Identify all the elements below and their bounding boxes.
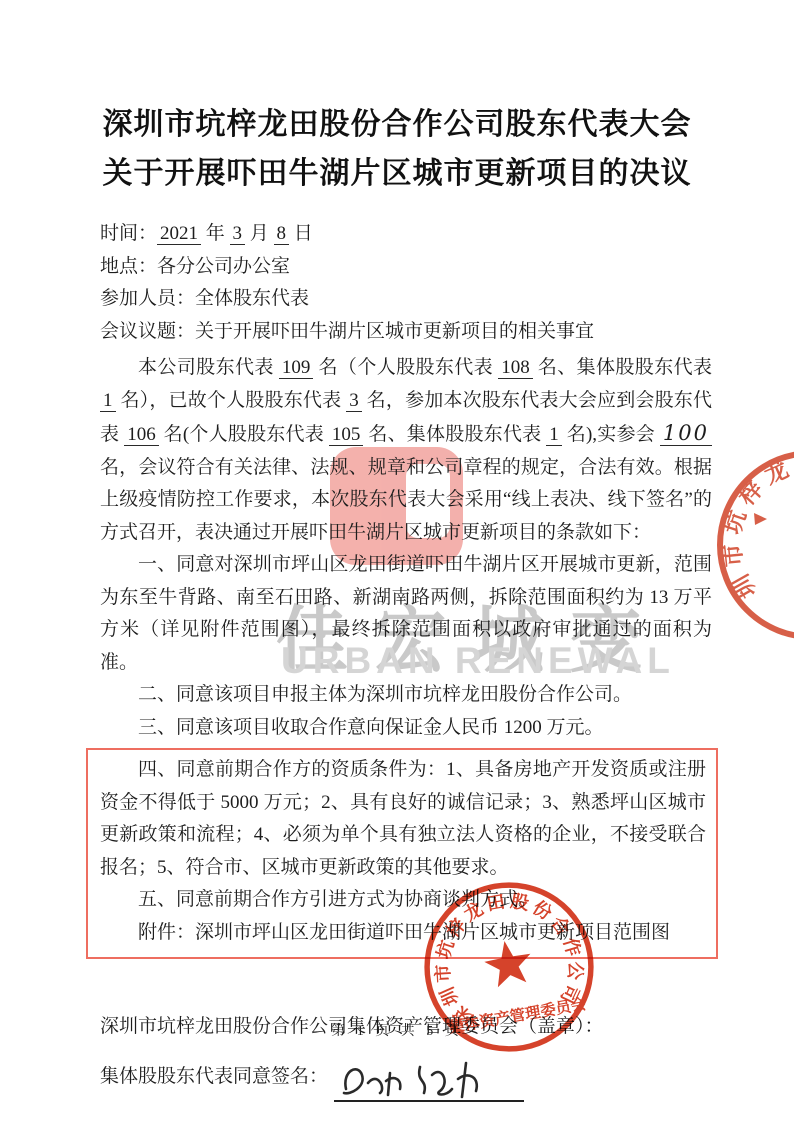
resolution-item-5: 五、同意前期合作方引进方式为协商谈判方式。 (100, 884, 706, 917)
stamp-star-icon (481, 937, 535, 989)
signoff-signature-line: 集体股股东代表同意签名： (100, 1061, 712, 1094)
resolution-item-4: 四、同意前期合作方的资质条件为：1、具备房地产开发资质或注册资金不得低于 500… (100, 754, 706, 884)
meta-time: 时间：2021 年 3 月 8 日 (100, 218, 712, 251)
document-title-line2: 关于开展吓田牛湖片区城市更新项目的决议 (0, 149, 794, 198)
official-seal-stamp: 深圳市坑梓龙田股份合作公司 集体资产管理委员会 (404, 862, 615, 1073)
partial-stamp-mark (754, 513, 767, 525)
page-number-footer: 第 1 页 共 5 页 (0, 1020, 794, 1040)
svg-text:深圳市坑梓龙田股份合作公司: 深圳市坑梓龙田股份合作公司 (692, 425, 794, 602)
resolution-item-2: 二、同意该项目申报主体为深圳市坑梓龙田股份合作公司。 (100, 679, 712, 712)
meta-location: 地点：各分公司办公室 (100, 251, 712, 284)
scanned-document-page: 佳宏城变 URBAN RENEWAL 深圳市坑梓龙田股份合作公司股东代表大会 关… (0, 0, 794, 1123)
resolution-item-1: 一、同意对深圳市坪山区龙田街道吓田牛湖片区开展城市更新，范围为东至牛背路、南至石… (100, 549, 712, 679)
document-body: 时间：2021 年 3 月 8 日 地点：各分公司办公室 参加人员：全体股东代表… (100, 218, 712, 1093)
meta-attendees: 参加人员：全体股东代表 (100, 283, 712, 316)
signature-label: 集体股股东代表同意签名： (100, 1066, 328, 1087)
highlight-box: 四、同意前期合作方的资质条件为：1、具备房地产开发资质或注册资金不得低于 500… (86, 748, 718, 959)
partial-seal-stamp-right: 深圳市坑梓龙田股份合作公司 (692, 425, 794, 665)
paragraph-attendance: 本公司股东代表 109 名（个人股股东代表 108 名、集体股股东代表 1 名）… (100, 352, 712, 549)
document-title: 深圳市坑梓龙田股份合作公司股东代表大会 关于开展吓田牛湖片区城市更新项目的决议 (0, 100, 794, 198)
partial-stamp-ring-text: 深圳市坑梓龙田股份合作公司 (692, 425, 794, 602)
resolution-item-3: 三、同意该项目收取合作意向保证金人民币 1200 万元。 (100, 712, 712, 745)
attachment-line: 附件：深圳市坪山区龙田街道吓田牛湖片区城市更新项目范围图 (100, 917, 706, 950)
document-title-line1: 深圳市坑梓龙田股份合作公司股东代表大会 (0, 100, 794, 149)
meta-topic: 会议议题：关于开展吓田牛湖片区城市更新项目的相关事宜 (100, 316, 712, 349)
